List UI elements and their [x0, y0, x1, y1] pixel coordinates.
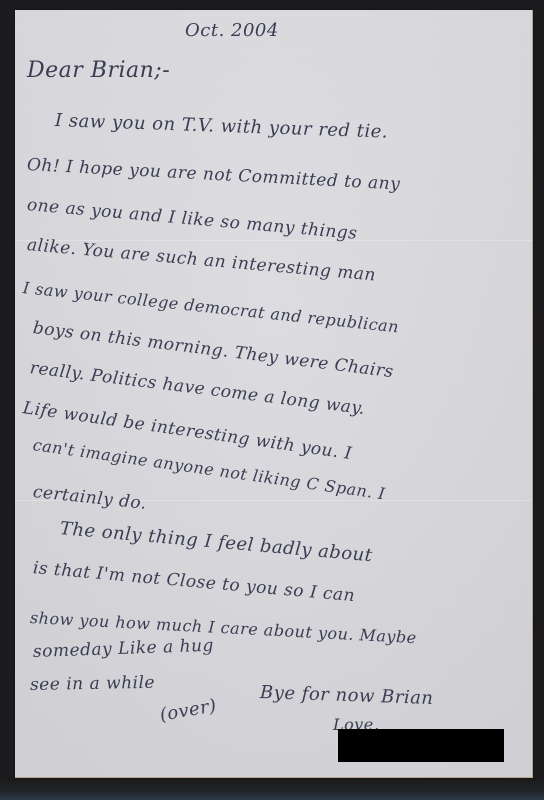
letter-body-line: alike. You are such an interesting man — [26, 235, 377, 285]
letter-body-line: certainly do. — [32, 482, 148, 514]
frame-bottom — [0, 778, 544, 800]
signature-redaction — [338, 729, 504, 762]
letter-body-line: one as you and I like so many things — [26, 195, 358, 244]
letter-salutation: Dear Brian;- — [27, 58, 170, 83]
letter-closing: Bye for now Brian — [260, 682, 434, 709]
letter-paper: Oct. 2004 Dear Brian;- I saw you on T.V.… — [15, 10, 533, 778]
letter-body-line: is that I'm not Close to you so I can — [32, 558, 356, 606]
letter-date: Oct. 2004 — [185, 20, 279, 41]
letter-body-line: The only thing I feel badly about — [59, 518, 373, 566]
letter-body-line: see in a while — [30, 673, 155, 695]
letter-body-line: someday Like a hug — [33, 636, 215, 662]
letter-body-line: Oh! I hope you are not Committed to any — [26, 155, 400, 195]
letter-body-line: I saw you on T.V. with your red tie. — [55, 110, 389, 143]
letter-over-note: (over) — [158, 695, 218, 726]
